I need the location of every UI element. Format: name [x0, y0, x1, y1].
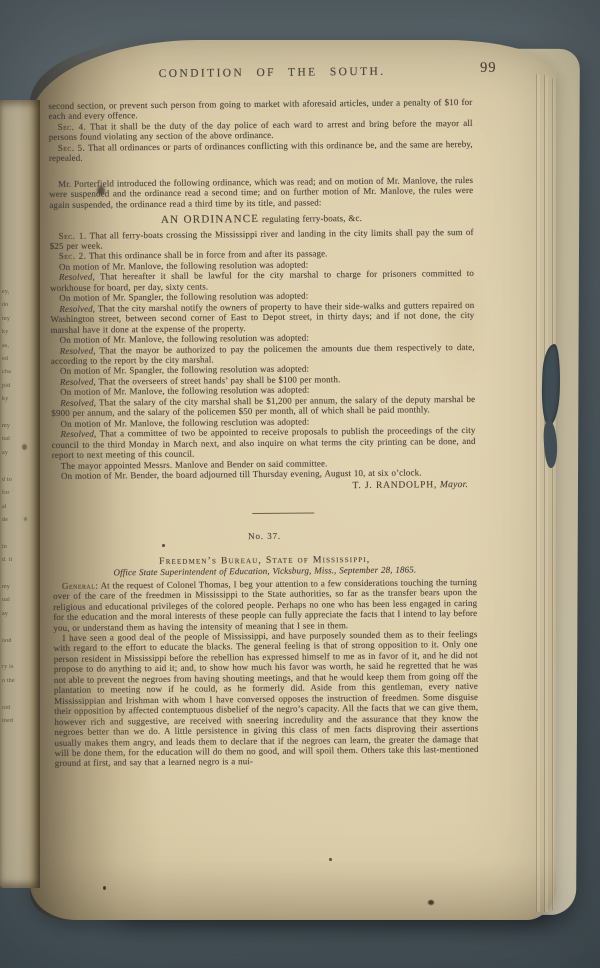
paragraph-lead: General:	[62, 580, 98, 590]
stain-dot	[103, 886, 106, 890]
page-title: CONDITION OF THE SOUTH.	[159, 67, 386, 80]
resolution-paragraph: Resolved, That the salary of the city ma…	[51, 394, 475, 419]
fragment-text: nal	[2, 433, 32, 446]
binding-hole	[22, 444, 27, 450]
fragment-text: ined	[2, 715, 32, 728]
fragment-text: as,	[2, 340, 32, 353]
fragment-text	[2, 568, 32, 581]
fragment-text: d. it	[2, 554, 32, 567]
fragment-text	[2, 688, 32, 701]
fragment-text: o the	[2, 675, 32, 688]
page-bottom-shade	[30, 860, 556, 920]
paragraph-lead: AN ORDINANCE	[161, 213, 259, 226]
foxing-blotch	[70, 640, 160, 820]
page-edge-stack	[532, 74, 554, 912]
fragment-text	[2, 755, 32, 768]
section-divider	[252, 513, 314, 515]
fragment-text	[2, 527, 32, 540]
fragment-text: al	[2, 501, 32, 514]
fragment-text	[2, 742, 32, 755]
stain-dot	[162, 544, 165, 547]
stain-dot	[428, 900, 434, 905]
paragraph-lead: Sec. 2.	[59, 251, 87, 261]
fragment-text	[2, 460, 32, 473]
fragment-text: my	[2, 581, 32, 594]
document-number: No. 37.	[52, 529, 476, 544]
signature-line: T. J. RANDOLPH, Mayor.	[52, 480, 476, 495]
signature-title: Mayor.	[437, 479, 468, 490]
fragment-text: ey,	[2, 286, 32, 299]
fragment-text: ay	[2, 608, 32, 621]
foxing-blotch	[430, 250, 490, 390]
fragment-text: de	[2, 514, 32, 527]
paragraph-lead: Sec. 1.	[59, 230, 87, 240]
fragment-text: oid	[2, 702, 32, 715]
fragment-text: pid	[2, 380, 32, 393]
fragment-text: ry is	[2, 661, 32, 674]
fragment-text: d to	[2, 474, 32, 487]
paragraph-lead: Sec. 4.	[58, 122, 87, 132]
fragment-text: ky	[2, 326, 32, 339]
page-header: CONDITION OF THE SOUTH. 99	[48, 62, 472, 90]
fragment-text	[2, 621, 32, 634]
fragment-text: cha	[2, 366, 32, 379]
ordinance-heading: AN ORDINANCE regulating ferry-boats, &c.	[49, 212, 473, 227]
paragraph-lead: Resolved,	[60, 345, 96, 355]
ink-smudge	[97, 186, 105, 195]
fragment-text: ky	[2, 393, 32, 406]
photo-background: { "page": { "paper_color": "#dbcda9", "b…	[0, 0, 600, 968]
fragment-text: ay	[2, 447, 32, 460]
fragment-text: in	[2, 541, 32, 554]
fragment-text: for	[2, 487, 32, 500]
stain-dot	[329, 858, 332, 861]
section-paragraph: Sec. 5. That all ordinances or parts of …	[49, 139, 473, 164]
fragment-text: ed	[2, 353, 32, 366]
fragment-text	[2, 728, 32, 741]
resolution-paragraph: Resolved, That the city marshal notify t…	[50, 300, 474, 335]
paragraph-lead: Resolved,	[60, 429, 96, 439]
letter-paragraph: General: At the request of Colonel Thoma…	[53, 577, 477, 633]
paragraph-lead: Sec. 5.	[58, 142, 86, 152]
fragment-text: my	[2, 420, 32, 433]
fragment-text	[2, 648, 32, 661]
body-paragraph: Mr. Porterfield introduced the following…	[49, 175, 473, 210]
page-edge-fragments: ey,domykyas,edchapidky mynalay d toforal…	[2, 286, 32, 769]
fragment-text: my	[2, 313, 32, 326]
paragraph-lead: Resolved,	[59, 272, 95, 282]
page-stack-left: ey,domykyas,edchapidky mynalay d toforal…	[0, 100, 40, 888]
fragment-text: do	[2, 299, 32, 312]
fragment-text: ual	[2, 594, 32, 607]
paragraph-lead: Resolved,	[59, 303, 95, 313]
paragraph-lead: Resolved,	[60, 397, 96, 407]
fragment-text: ood	[2, 635, 32, 648]
binding-hole	[24, 517, 27, 521]
page-number: 99	[480, 63, 497, 74]
resolution-paragraph: Resolved, That a committee of two be app…	[51, 425, 475, 460]
paragraph-lead: Resolved,	[60, 376, 96, 386]
fragment-text	[2, 407, 32, 420]
